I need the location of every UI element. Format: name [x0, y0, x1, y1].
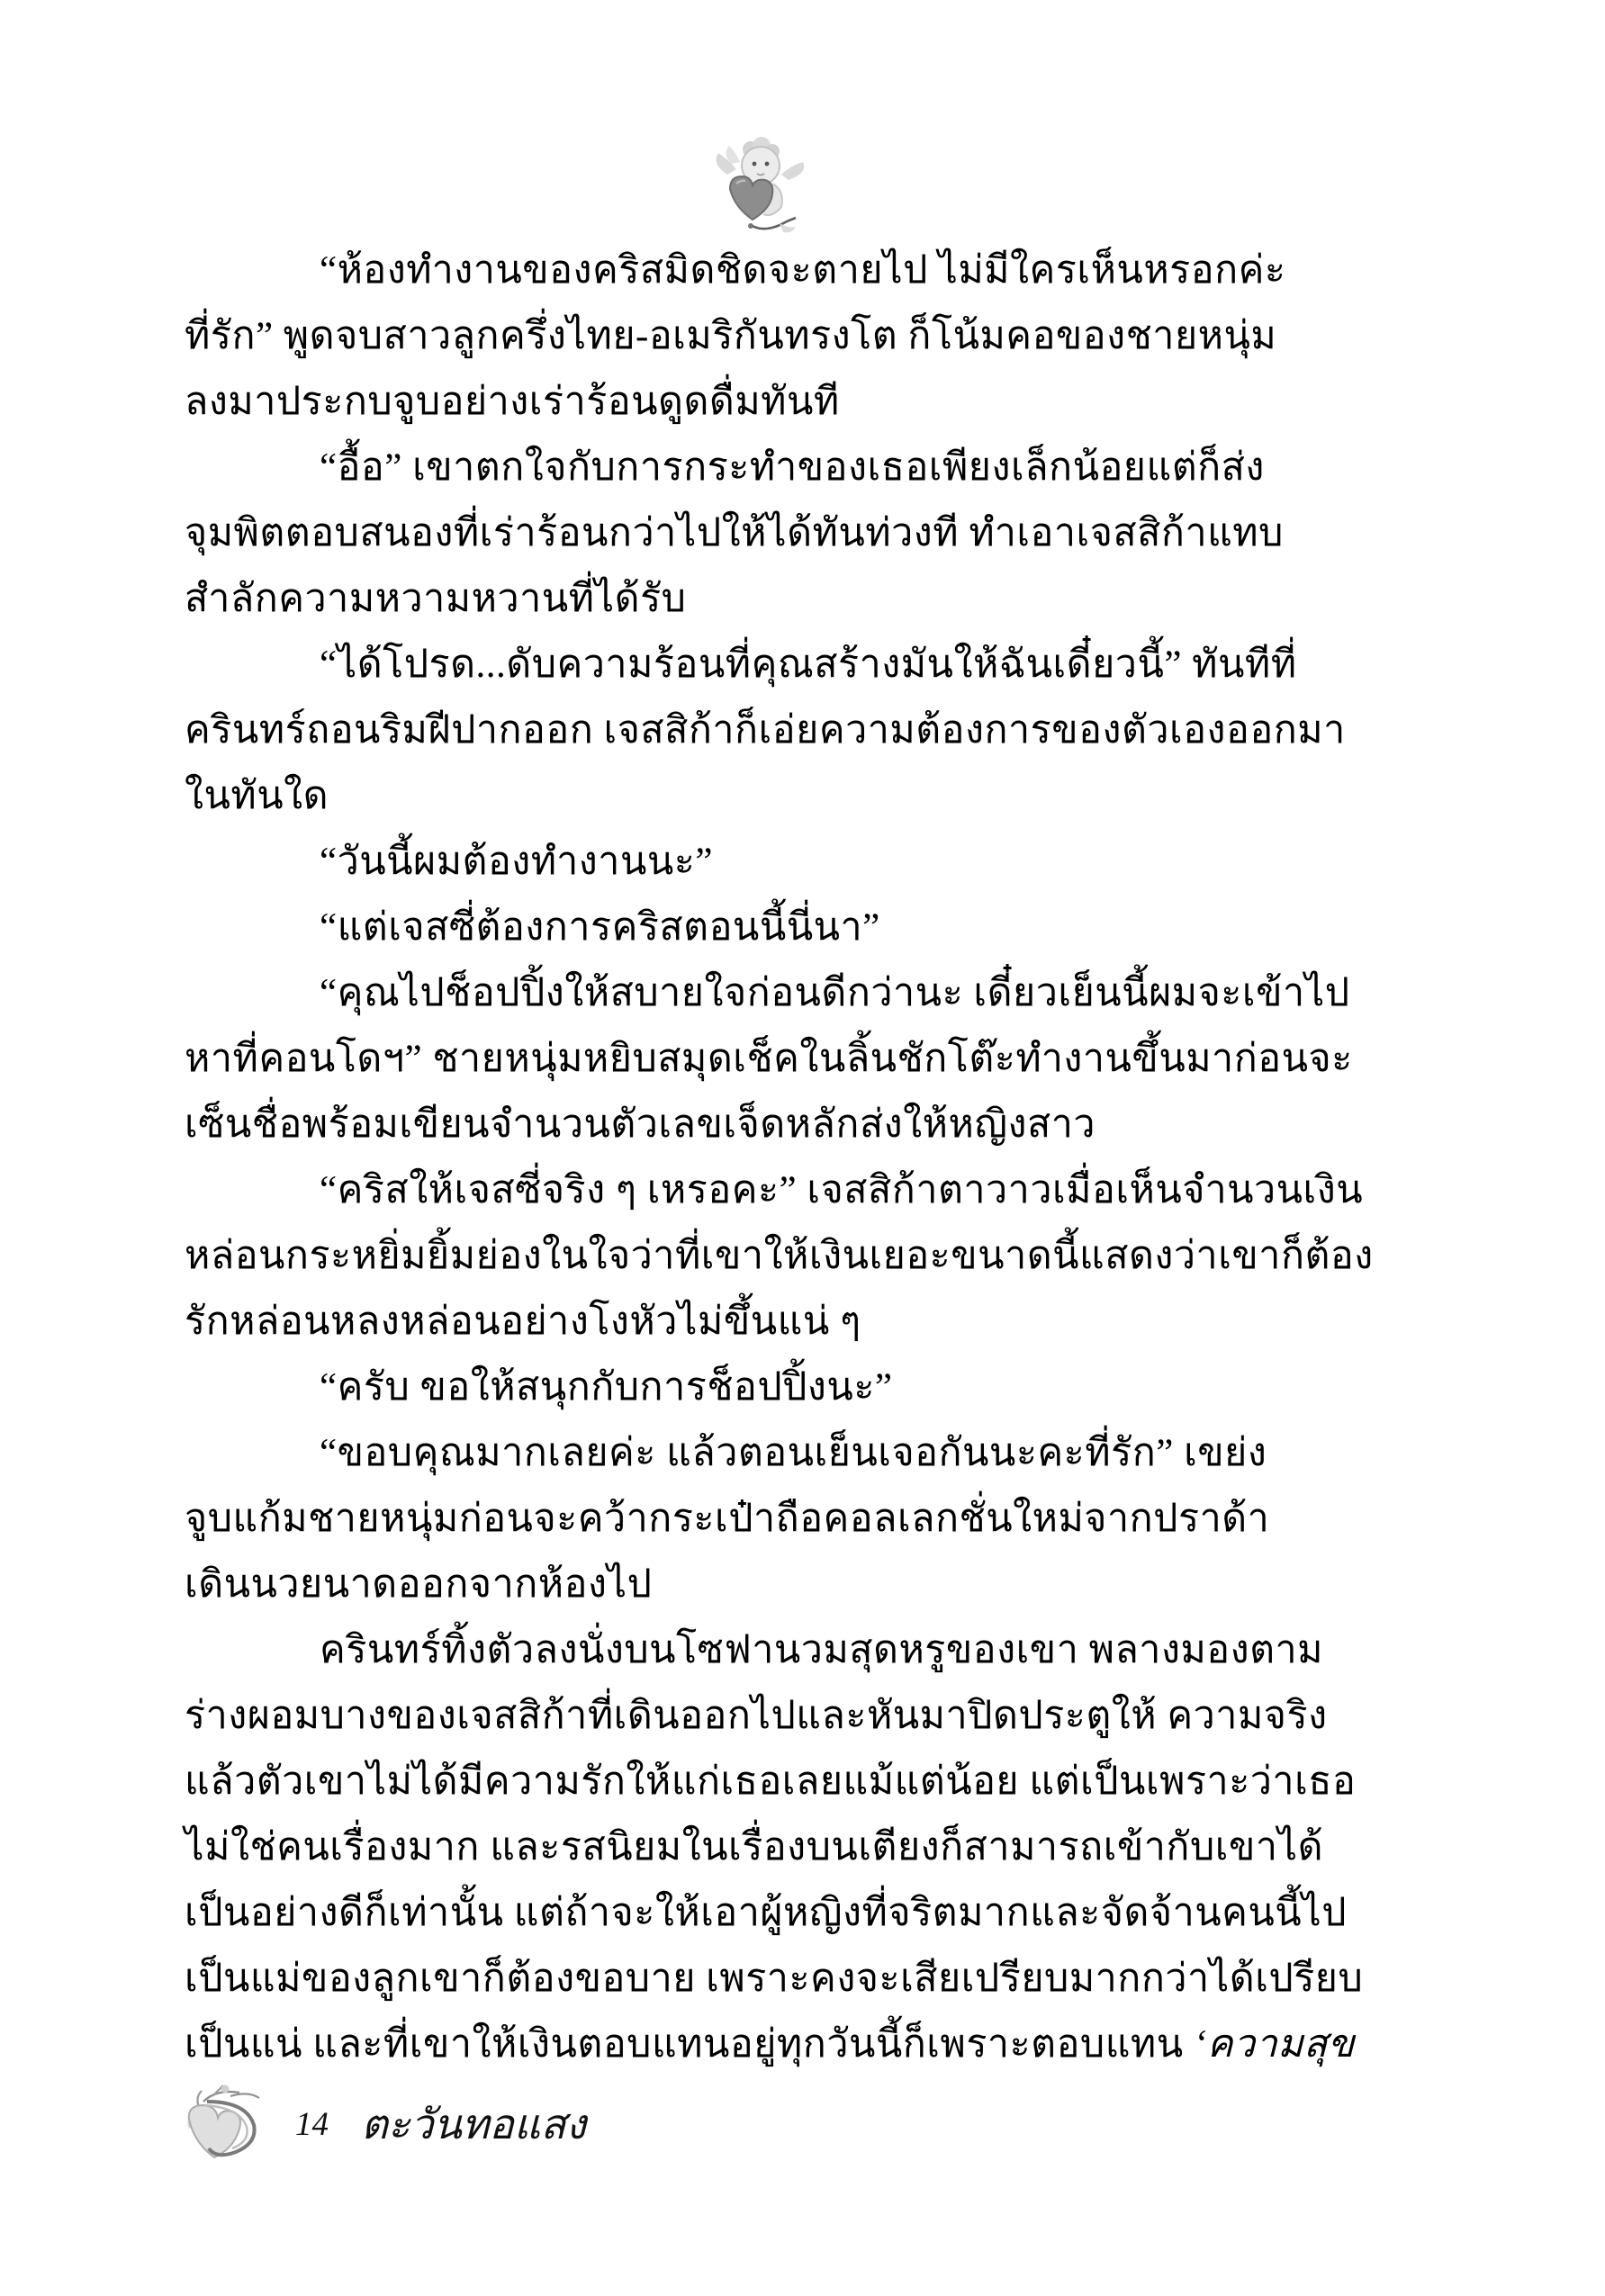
text-line: “อื้อ” เขาตกใจกับการกระทำของเธอเพียงเล็ก… — [185, 435, 1420, 500]
text-line: “ห้องทำงานของคริสมิดชิดจะตายไป ไม่มีใครเ… — [185, 238, 1420, 303]
text-line: ร่างผอมบางของเจสสิก้าที่เดินออกไปและหันม… — [185, 1683, 1420, 1749]
emphasized-phrase: ‘ความสุข — [1194, 2023, 1355, 2066]
text-line: เดินนวยนาดออกจากห้องไป — [185, 1552, 1420, 1617]
text-line: เป็นอย่างดีก็เท่านั้น แต่ถ้าจะให้เอาผู้ห… — [185, 1880, 1420, 1946]
text-line: สำลักความหวามหวานที่ได้รับ — [185, 566, 1420, 632]
text-line: เป็นแน่ และที่เขาให้เงินตอบแทนอยู่ทุกวัน… — [185, 2012, 1420, 2077]
text-line: เป็นแม่ของลูกเขาก็ต้องขอบาย เพราะคงจะเสี… — [185, 1946, 1420, 2012]
page-footer: 14 ตะวันทอแสง — [176, 2077, 586, 2171]
text-line: ครินทร์ถอนริมฝีปากออก เจสสิก้าก็เอ่ยความ… — [185, 698, 1420, 763]
text-line: “คุณไปช็อปปิ้งให้สบายใจก่อนดีกว่านะ เดี๋… — [185, 960, 1420, 1026]
text-line: “ครับ ขอให้สนุกกับการช็อปปิ้งนะ” — [185, 1355, 1420, 1420]
text-line: จุมพิตตอบสนองที่เร่าร้อนกว่าไปให้ได้ทันท… — [185, 500, 1420, 566]
book-title: ตะวันทอแสง — [361, 2092, 586, 2157]
text-line: ในทันใด — [185, 763, 1420, 829]
book-page: “ห้องทำงานของคริสมิดชิดจะตายไป ไม่มีใครเ… — [0, 0, 1605, 2296]
text-line: หาที่คอนโดฯ” ชายหนุ่มหยิบสมุดเช็คในลิ้นช… — [185, 1026, 1420, 1092]
text-line: ครินทร์ทิ้งตัวลงนั่งบนโซฟานวมสุดหรูของเข… — [185, 1617, 1420, 1683]
text-line: เซ็นชื่อพร้อมเขียนจำนวนตัวเลขเจ็ดหลักส่ง… — [185, 1092, 1420, 1157]
page-number: 14 — [295, 2105, 329, 2144]
text-line: “คริสให้เจสซี่จริง ๆ เหรอคะ” เจสสิก้าตาว… — [185, 1157, 1420, 1223]
text-line: ที่รัก” พูดจบสาวลูกครึ่งไทย-อเมริกันทรงโ… — [185, 303, 1420, 369]
text-line: หล่อนกระหยิ่มยิ้มย่องในใจว่าที่เขาให้เงิ… — [185, 1223, 1420, 1289]
text-line: “วันนี้ผมต้องทำงานนะ” — [185, 829, 1420, 895]
text-line: “ได้โปรด...ดับความร้อนที่คุณสร้างมันให้ฉ… — [185, 632, 1420, 698]
text-line: “แต่เจสซี่ต้องการคริสตอนนี้นี่นา” — [185, 895, 1420, 960]
text-line: ลงมาประกบจูบอย่างเร่าร้อนดูดดื่มทันที — [185, 369, 1420, 435]
text-line: จูบแก้มชายหนุ่มก่อนจะคว้ากระเป๋าถือคอลเล… — [185, 1486, 1420, 1552]
cherub-heart-icon — [709, 137, 810, 243]
body-text: “ห้องทำงานของคริสมิดชิดจะตายไป ไม่มีใครเ… — [185, 238, 1420, 2077]
text-line: ไม่ใช่คนเรื่องมาก และรสนิยมในเรื่องบนเตี… — [185, 1814, 1420, 1880]
text-line: รักหล่อนหลงหล่อนอย่างโงหัวไม่ขึ้นแน่ ๆ — [185, 1289, 1420, 1355]
footer-flower-ornament-icon — [176, 2078, 281, 2170]
text-line: แล้วตัวเขาไม่ได้มีความรักให้แก่เธอเลยแม้… — [185, 1749, 1420, 1814]
text-line: “ขอบคุณมากเลยค่ะ แล้วตอนเย็นเจอกันนะคะที… — [185, 1420, 1420, 1486]
